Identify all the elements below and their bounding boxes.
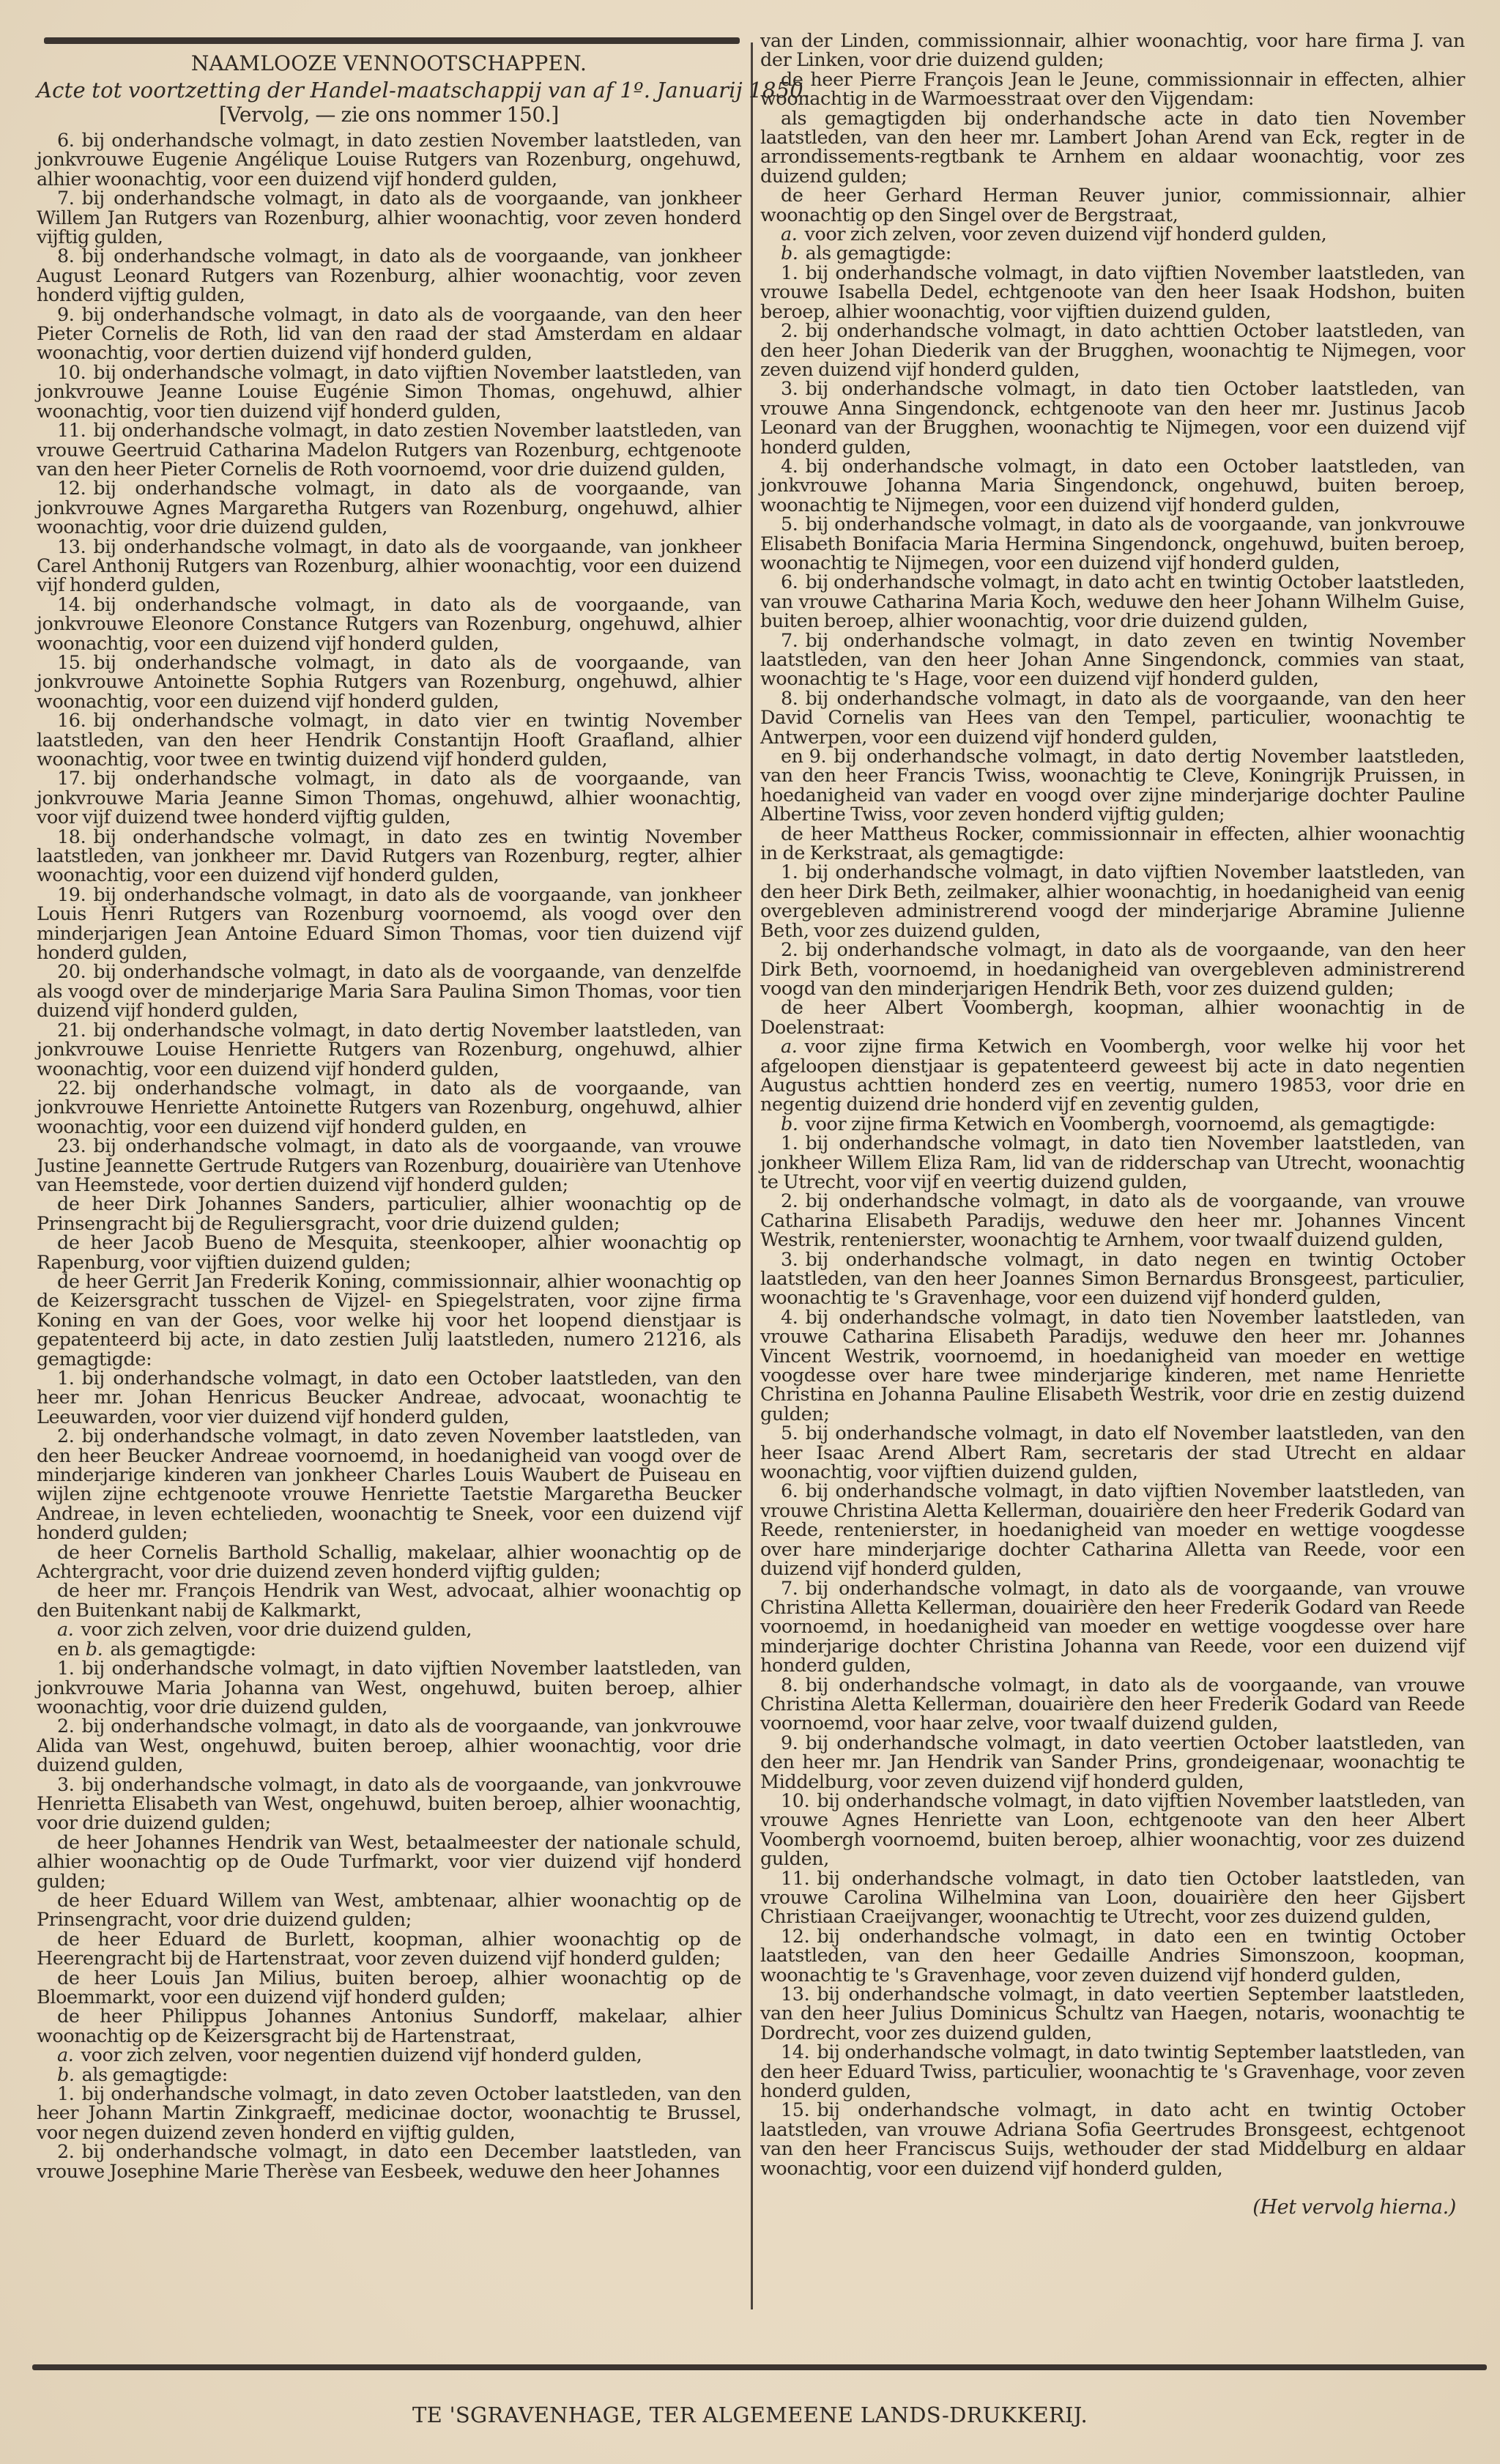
item-text: de heer Eduard de Burlett, koopman, alhi… <box>37 1928 741 1969</box>
list-item: 5.bij onderhandsche volmagt, in dato als… <box>760 514 1465 572</box>
item-text: bij onderhandsche volmagt, in dato als d… <box>37 1077 741 1138</box>
list-item: enb.als gemagtigde: <box>37 1639 741 1658</box>
list-item: 1.bij onderhandsche volmagt, in dato tie… <box>760 1133 1465 1191</box>
list-item: 12.bij onderhandsche volmagt, in dato al… <box>37 478 741 536</box>
list-item: 9.bij onderhandsche volmagt, in dato vee… <box>760 1733 1465 1791</box>
list-item: 2.bij onderhandsche volmagt, in dato een… <box>37 2142 741 2181</box>
list-item: 6.bij onderhandsche volmagt, in dato ach… <box>760 572 1465 630</box>
list-item: 1.bij onderhandsche volmagt, in dato vij… <box>760 263 1465 321</box>
list-item: a.voor zijne firma Ketwich en Voombergh,… <box>760 1036 1465 1114</box>
item-text: bij onderhandsche volmagt, in dato zeven… <box>37 1425 741 1543</box>
list-item: 2.bij onderhandsche volmagt, in dato ach… <box>760 321 1465 379</box>
item-text: bij onderhandsche volmagt, in dato als d… <box>760 1577 1465 1677</box>
item-text: bij onderhandsche volmagt, in dato vijft… <box>760 261 1465 322</box>
list-item: 13.bij onderhandsche volmagt, in dato al… <box>37 537 741 595</box>
list-item: 11.bij onderhandsche volmagt, in dato ze… <box>37 420 741 478</box>
list-item: de heer Jacob Bueno de Mesquita, steenko… <box>37 1233 741 1272</box>
list-item: 3.bij onderhandsche volmagt, in dato als… <box>37 1775 741 1833</box>
list-item: 5.bij onderhandsche volmagt, in dato elf… <box>760 1423 1465 1481</box>
item-text: bij onderhandsche volmagt, in dato zeven… <box>760 629 1465 690</box>
item-text: bij onderhandsche volmagt, in dato een O… <box>37 1367 741 1428</box>
list-item: 10.bij onderhandsche volmagt, in dato vi… <box>37 363 741 420</box>
list-item: 1.bij onderhandsche volmagt, in dato vij… <box>37 1658 741 1716</box>
list-item: 3.bij onderhandsche volmagt, in dato tie… <box>760 379 1465 456</box>
item-text: bij onderhandsche volmagt, in dato zes e… <box>37 825 741 886</box>
item-text: bij onderhandsche volmagt, in dato als d… <box>37 303 741 364</box>
item-text: voor zijne firma Ketwich en Voombergh, v… <box>760 1035 1465 1115</box>
item-text: bij onderhandsche volmagt, in dato een D… <box>37 2140 741 2181</box>
item-text: de heer Philippus Johannes Antonius Sund… <box>37 2005 741 2046</box>
list-item: de heer Dirk Johannes Sanders, particuli… <box>37 1194 741 1233</box>
list-item: a.voor zich zelven, voor zeven duizend v… <box>760 224 1465 243</box>
continued-note: (Het vervolg hierna.) <box>760 2198 1465 2217</box>
item-text: bij onderhandsche volmagt, in dato als d… <box>37 960 741 1021</box>
item-text: bij onderhandsche volmagt, in dato als d… <box>37 1773 741 1834</box>
list-item: de heer Gerrit Jan Frederik Koning, comm… <box>37 1272 741 1368</box>
list-item: de heer Eduard Willem van West, ambtenaa… <box>37 1890 741 1929</box>
item-text: bij onderhandsche volmagt, in dato acht … <box>760 571 1465 631</box>
item-text: de heer Louis Jan Milius, buiten beroep,… <box>37 1967 741 2008</box>
item-text: bij onderhandsche volmagt, in dato tien … <box>760 1306 1465 1425</box>
list-item: 9.bij onderhandsche volmagt, in dato als… <box>37 305 741 363</box>
item-text: bij onderhandsche volmagt, in dato vijft… <box>760 1480 1465 1579</box>
item-text: de heer Gerhard Herman Reuver junior, co… <box>760 184 1465 225</box>
item-text: als gemagtigden bij onderhandsche acte i… <box>760 107 1465 187</box>
item-text: bij onderhandsche volmagt, in dato tien … <box>760 1132 1465 1192</box>
list-item: 1.bij onderhandsche volmagt, in dato zev… <box>37 2084 741 2142</box>
item-text: bij onderhandsche volmagt, in dato als d… <box>37 1715 741 1775</box>
item-text: bij onderhandsche volmagt, in dato als d… <box>37 767 741 828</box>
item-text: bij onderhandsche volmagt, in dato zesti… <box>37 419 741 480</box>
item-letter: a. <box>57 2044 74 2066</box>
item-text: van der Linden, commissionnair, alhier w… <box>760 29 1465 70</box>
list-item: de heer Johannes Hendrik van West, betaa… <box>37 1833 741 1890</box>
list-item: 2.bij onderhandsche volmagt, in dato zev… <box>37 1426 741 1542</box>
right-paragraph-list: van der Linden, commissionnair, alhier w… <box>760 31 1465 2178</box>
top-rule-divider <box>44 37 740 44</box>
item-text: bij onderhandsche volmagt, in dato als d… <box>760 513 1465 574</box>
item-text: bij onderhandsche volmagt, in dato vijft… <box>37 361 741 422</box>
item-text: bij onderhandsche volmagt, in dato tien … <box>760 1867 1465 1928</box>
right-column: van der Linden, commissionnair, alhier w… <box>760 31 1465 2218</box>
list-item: 2.bij onderhandsche volmagt, in dato als… <box>760 940 1465 998</box>
section-title: NAAMLOOZE VENNOOTSCHAPPEN. <box>37 51 741 76</box>
printer-imprint: TE 'SGRAVENHAGE, TER ALGEMEENE LANDS-DRU… <box>0 2402 1500 2427</box>
list-item: 14.bij onderhandsche volmagt, in dato al… <box>37 595 741 653</box>
list-item: 18.bij onderhandsche volmagt, in dato ze… <box>37 827 741 885</box>
item-text: bij onderhandsche volmagt, in dato vijft… <box>760 861 1465 940</box>
list-item: 8.bij onderhandsche volmagt, in dato als… <box>37 246 741 304</box>
list-item: 15.bij onderhandsche volmagt, in dato al… <box>37 653 741 710</box>
item-text: bij onderhandsche volmagt, in dato als d… <box>37 593 741 654</box>
list-item: 4.bij onderhandsche volmagt, in dato een… <box>760 456 1465 514</box>
list-item: als gemagtigden bij onderhandsche acte i… <box>760 108 1465 186</box>
item-text: de heer Cornelis Barthold Schallig, make… <box>37 1541 741 1582</box>
item-text: bij onderhandsche volmagt, in dato vijft… <box>37 1657 741 1718</box>
item-text: bij onderhandsche volmagt, in dato als d… <box>760 1674 1465 1734</box>
item-text: bij onderhandsche volmagt, in dato als d… <box>37 883 741 963</box>
item-text: de heer Eduard Willem van West, ambtenaa… <box>37 1889 741 1930</box>
list-item: 6.bij onderhandsche volmagt, in dato zes… <box>37 130 741 188</box>
item-text: de heer Jacob Bueno de Mesquita, steenko… <box>37 1231 741 1272</box>
item-text: de heer Gerrit Jan Frederik Koning, comm… <box>37 1270 741 1370</box>
item-text: bij onderhandsche volmagt, in dato vier … <box>37 709 741 770</box>
list-item: de heer Eduard de Burlett, koopman, alhi… <box>37 1929 741 1968</box>
list-item: de heer Louis Jan Milius, buiten beroep,… <box>37 1968 741 2007</box>
list-item: 1.bij onderhandsche volmagt, in dato vij… <box>760 862 1465 940</box>
item-text: bij onderhandsche volmagt, in dato negen… <box>760 1248 1465 1309</box>
list-item: de heer Mattheus Rocker, commissionnair … <box>760 824 1465 863</box>
item-text: de heer Dirk Johannes Sanders, particuli… <box>37 1192 741 1233</box>
column-divider <box>751 42 753 2309</box>
list-item: 6.bij onderhandsche volmagt, in dato vij… <box>760 1481 1465 1578</box>
item-text: bij onderhandsche volmagt, in dato twint… <box>760 2041 1465 2101</box>
item-text: bij onderhandsche volmagt, in dato derti… <box>37 1019 741 1080</box>
list-item: 14.bij onderhandsche volmagt, in dato tw… <box>760 2042 1465 2100</box>
list-item: de heer Pierre François Jean le Jeune, c… <box>760 70 1465 108</box>
list-item: a.voor zich zelven, voor negentien duize… <box>37 2045 741 2064</box>
item-text: bij onderhandsche volmagt, in dato als d… <box>37 245 741 305</box>
item-letter: b. <box>781 242 798 264</box>
list-item: 12.bij onderhandsche volmagt, in dato ee… <box>760 1926 1465 1984</box>
list-item: de heer mr. François Hendrik van West, a… <box>37 1581 741 1619</box>
item-letter: a. <box>57 1618 74 1640</box>
list-item: 7.bij onderhandsche volmagt, in dato zev… <box>760 631 1465 689</box>
list-item: 15.bij onderhandsche volmagt, in dato ac… <box>760 2100 1465 2178</box>
item-text: bij onderhandsche volmagt, in dato als d… <box>760 687 1465 748</box>
continuation-note: [Vervolg, — zie ons nommer 150.] <box>37 103 741 127</box>
item-text: de heer Mattheus Rocker, commissionnair … <box>760 823 1465 864</box>
item-text: de heer Johannes Hendrik van West, betaa… <box>37 1831 741 1892</box>
item-text: bij onderhandsche volmagt, in dato als d… <box>37 651 741 712</box>
item-text: bij onderhandsche volmagt, in dato achtt… <box>760 319 1465 380</box>
left-column: NAAMLOOZE VENNOOTSCHAPPEN. Acte tot voor… <box>37 51 741 2181</box>
item-text: bij onderhandsche volmagt, in dato veert… <box>760 1732 1465 1792</box>
list-item: 16.bij onderhandsche volmagt, in dato vi… <box>37 710 741 768</box>
item-text: bij onderhandsche volmagt, in dato vijft… <box>760 1789 1465 1869</box>
item-text: de heer Pierre François Jean le Jeune, c… <box>760 68 1465 109</box>
list-item: b.voor zijne firma Ketwich en Voombergh,… <box>760 1114 1465 1133</box>
item-text: bij onderhandsche volmagt, in dato een O… <box>760 455 1465 516</box>
item-text: de heer mr. François Hendrik van West, a… <box>37 1579 741 1620</box>
item-text: bij onderhandsche volmagt, in dato als d… <box>760 938 1465 999</box>
article-subtitle: Acte tot voortzetting der Handel-maatsch… <box>37 78 741 103</box>
item-text: bij onderhandsche volmagt, in dato als d… <box>760 1190 1465 1250</box>
list-item: en9.bij onderhandsche volmagt, in dato d… <box>760 746 1465 824</box>
list-item: 13.bij onderhandsche volmagt, in dato ve… <box>760 1984 1465 2042</box>
list-item: 7.bij onderhandsche volmagt, in dato als… <box>37 188 741 246</box>
item-text: bij onderhandsche volmagt, in dato als d… <box>37 477 741 538</box>
item-text: bij onderhandsche volmagt, in dato tien … <box>760 377 1465 457</box>
list-item: 2.bij onderhandsche volmagt, in dato als… <box>37 1716 741 1774</box>
list-item: de heer Cornelis Barthold Schallig, make… <box>37 1543 741 1581</box>
item-text: bij onderhandsche volmagt, in dato acht … <box>760 2099 1465 2178</box>
list-item: b.als gemagtigde: <box>760 243 1465 262</box>
left-paragraph-list: 6.bij onderhandsche volmagt, in dato zes… <box>37 130 741 2181</box>
list-item: 23.bij onderhandsche volmagt, in dato al… <box>37 1136 741 1194</box>
list-item: 17.bij onderhandsche volmagt, in dato al… <box>37 768 741 826</box>
list-item: de heer Philippus Johannes Antonius Sund… <box>37 2006 741 2045</box>
list-item: de heer Albert Voombergh, koopman, alhie… <box>760 998 1465 1036</box>
list-item: 10.bij onderhandsche volmagt, in dato vi… <box>760 1791 1465 1869</box>
list-item: 19.bij onderhandsche volmagt, in dato al… <box>37 885 741 962</box>
list-item: a.voor zich zelven, voor drie duizend gu… <box>37 1619 741 1639</box>
list-item: 8.bij onderhandsche volmagt, in dato als… <box>760 1675 1465 1733</box>
item-text: bij onderhandsche volmagt, in dato als d… <box>37 1135 741 1195</box>
list-item: b.als gemagtigde: <box>37 2065 741 2084</box>
item-text: bij onderhandsche volmagt, in dato derti… <box>760 745 1465 825</box>
list-item: 20.bij onderhandsche volmagt, in dato al… <box>37 962 741 1020</box>
item-text: de heer Albert Voombergh, koopman, alhie… <box>760 996 1465 1037</box>
list-item: van der Linden, commissionnair, alhier w… <box>760 31 1465 70</box>
item-text: bij onderhandsche volmagt, in dato zesti… <box>37 129 741 190</box>
list-item: 22.bij onderhandsche volmagt, in dato al… <box>37 1078 741 1136</box>
item-text: bij onderhandsche volmagt, in dato zeven… <box>37 2082 741 2143</box>
list-item: de heer Gerhard Herman Reuver junior, co… <box>760 185 1465 224</box>
item-text: bij onderhandsche volmagt, in dato als d… <box>37 187 741 248</box>
list-item: 8.bij onderhandsche volmagt, in dato als… <box>760 689 1465 746</box>
list-item: 4.bij onderhandsche volmagt, in dato tie… <box>760 1307 1465 1423</box>
list-item: 2.bij onderhandsche volmagt, in dato als… <box>760 1191 1465 1249</box>
item-text: bij onderhandsche volmagt, in dato elf N… <box>760 1422 1465 1483</box>
list-item: 3.bij onderhandsche volmagt, in dato neg… <box>760 1250 1465 1307</box>
list-item: 7.bij onderhandsche volmagt, in dato als… <box>760 1578 1465 1675</box>
item-text: bij onderhandsche volmagt, in dato een e… <box>760 1925 1465 1986</box>
item-text: bij onderhandsche volmagt, in dato als d… <box>37 535 741 596</box>
list-item: 11.bij onderhandsche volmagt, in dato ti… <box>760 1869 1465 1926</box>
bottom-rule-divider <box>32 2364 1487 2370</box>
list-item: 1.bij onderhandsche volmagt, in dato een… <box>37 1368 741 1426</box>
list-item: 21.bij onderhandsche volmagt, in dato de… <box>37 1020 741 1078</box>
item-text: bij onderhandsche volmagt, in dato veert… <box>760 1983 1465 2044</box>
